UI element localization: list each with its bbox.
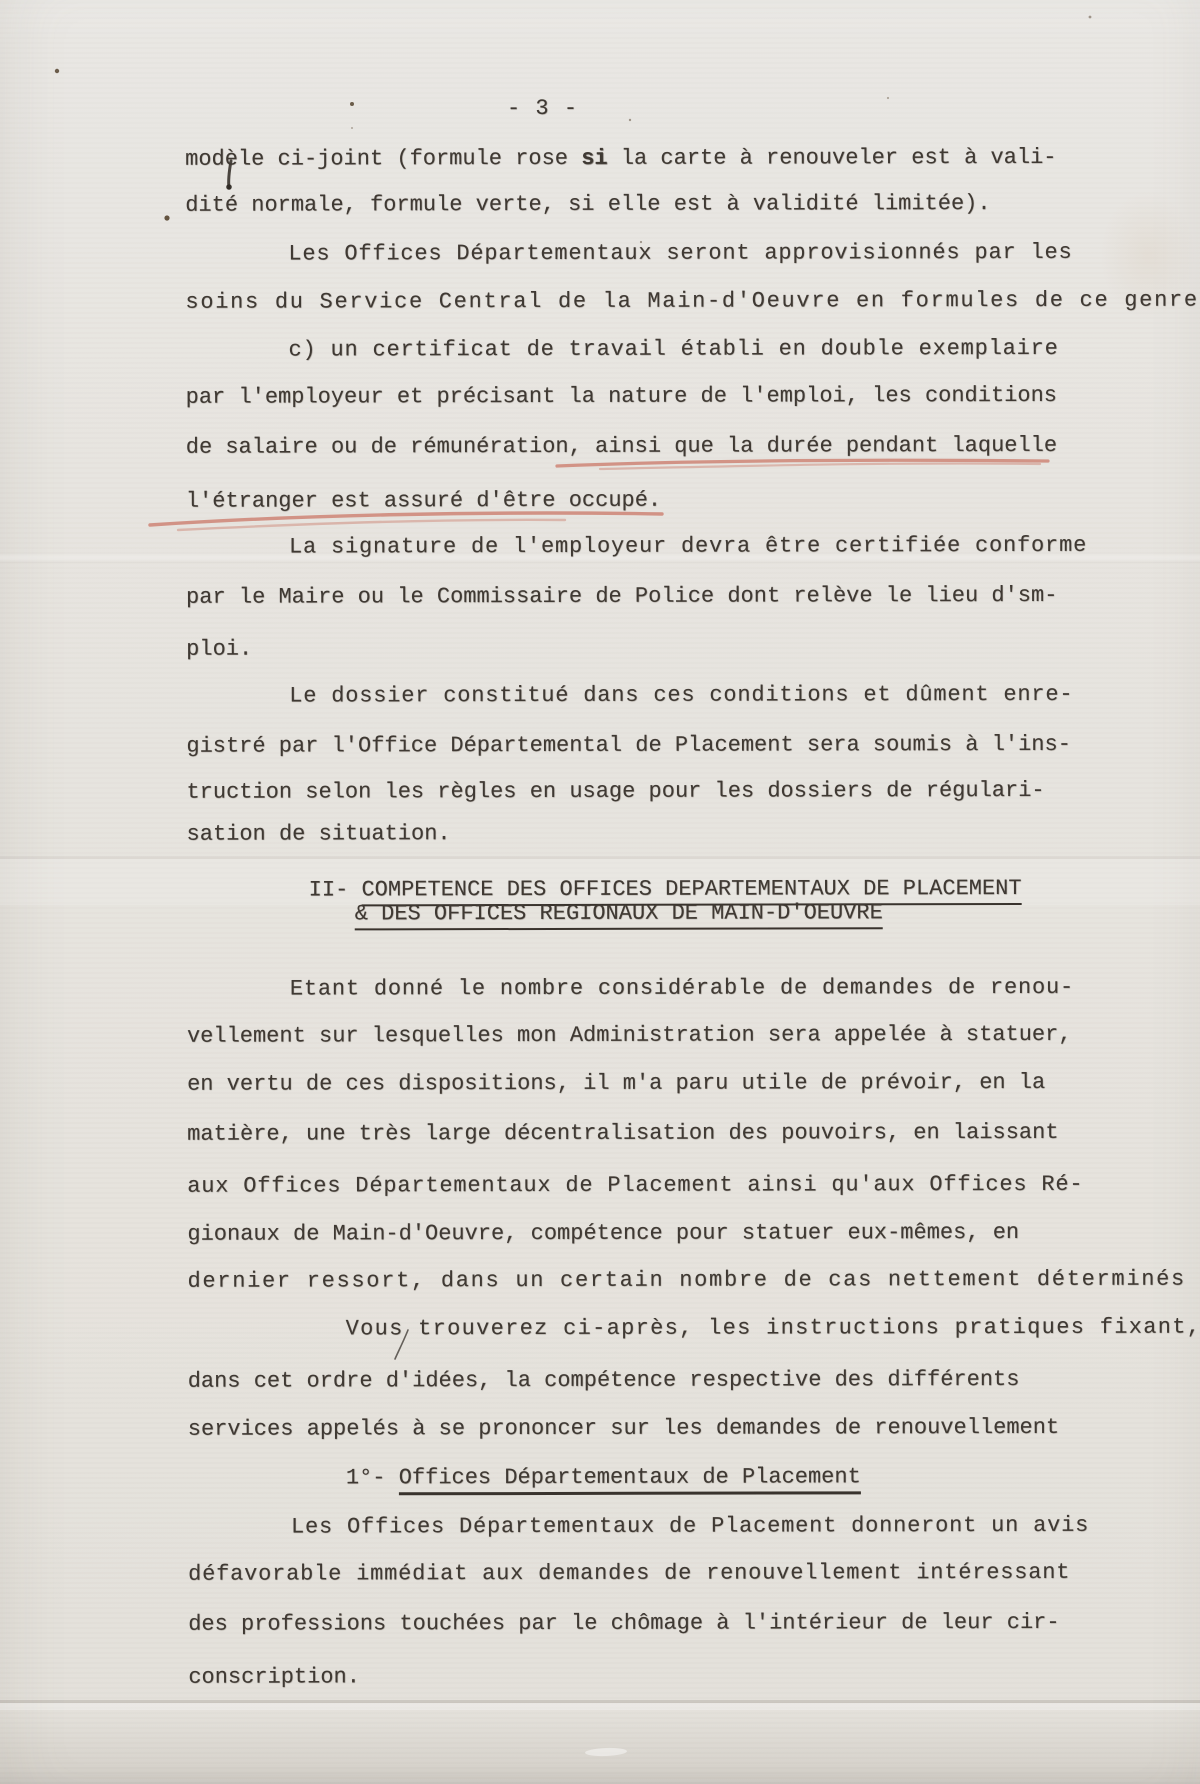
text-line: Les Offices Départementaux de Placement … bbox=[291, 1513, 1089, 1541]
text-line: sation de situation. bbox=[187, 821, 451, 848]
text-line: par le Maire ou le Commissaire de Police… bbox=[186, 583, 1057, 611]
text-line: Le dossier constitué dans ces conditions… bbox=[289, 682, 1073, 710]
text-line: dité normale, formule verte, si elle est… bbox=[185, 191, 990, 219]
text-line: truction selon les règles en usage pour … bbox=[186, 778, 1044, 806]
text-line: Les Offices Départementaux seront approv… bbox=[288, 240, 1072, 268]
text-line: dernier ressort, dans un certain nombre … bbox=[187, 1267, 1186, 1295]
text-line: Etant donné le nombre considérable de de… bbox=[290, 975, 1074, 1003]
text-line: de salaire ou de rémunération, ainsi que… bbox=[186, 433, 1057, 461]
text-line: La signature de l'employeur devra être c… bbox=[289, 533, 1087, 561]
section-heading-line: & DES OFFICES REGIONAUX DE MAIN-D'OEUVRE bbox=[355, 900, 883, 927]
underlined-heading-text: & DES OFFICES REGIONAUX DE MAIN-D'OEUVRE bbox=[355, 900, 883, 930]
typewritten-text-layer: - 3 - modèle ci-joint (formule rose si l… bbox=[0, 0, 1200, 1784]
text-line: gistré par l'Office Départemental de Pla… bbox=[186, 732, 1071, 760]
page-number: - 3 - bbox=[507, 96, 578, 122]
text-line: défavorable immédiat aux demandes de ren… bbox=[188, 1560, 1070, 1588]
document-page: - 3 - modèle ci-joint (formule rose si l… bbox=[0, 0, 1200, 1784]
section-heading-line: II- COMPETENCE DES OFFICES DEPARTEMENTAU… bbox=[309, 876, 1022, 903]
text-line: c) un certificat de travail établi en do… bbox=[288, 336, 1058, 364]
text-line: gionaux de Main-d'Oeuvre, compétence pou… bbox=[187, 1220, 1019, 1248]
text-line: conscription. bbox=[188, 1664, 360, 1690]
section-heading-line: 1°- Offices Départementaux de Placement bbox=[346, 1464, 861, 1491]
overstruck-text: si bbox=[581, 146, 607, 171]
text-line: dans cet ordre d'idées, la compétence re… bbox=[188, 1367, 1020, 1395]
text-line: aux Offices Départementaux de Placement … bbox=[187, 1172, 1083, 1200]
text-line: Vous trouverez ci-après, les instruction… bbox=[346, 1315, 1200, 1343]
text-line: en vertu de ces dispositions, il m'a par… bbox=[187, 1070, 1045, 1098]
text-line: ploi. bbox=[186, 637, 252, 663]
text-line: l'étranger est assuré d'être occupé. bbox=[186, 488, 661, 515]
text-line: services appelés à se prononcer sur les … bbox=[188, 1415, 1059, 1443]
underlined-heading-text: Offices Départementaux de Placement bbox=[399, 1464, 861, 1495]
text-line: vellement sur lesquelles mon Administrat… bbox=[187, 1022, 1072, 1050]
text-line: soins du Service Central de la Main-d'Oe… bbox=[185, 288, 1198, 316]
text-line: matière, une très large décentralisation… bbox=[187, 1120, 1058, 1148]
text-line: modèle ci-joint (formule rose si la cart… bbox=[185, 145, 1056, 173]
text-line: des professions touchées par le chômage … bbox=[188, 1610, 1059, 1638]
text-line: par l'employeur et précisant la nature d… bbox=[186, 383, 1057, 411]
